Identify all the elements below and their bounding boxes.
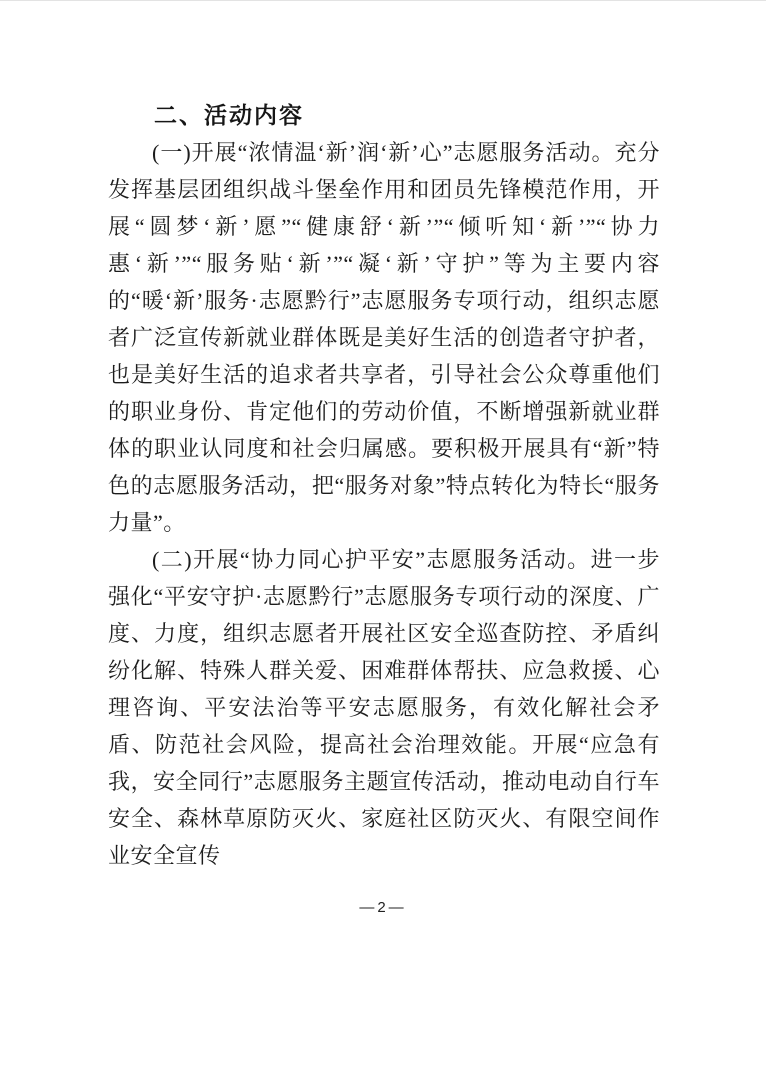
paragraph-activity-2: (二)开展“协力同心护平安”志愿服务活动。进一步强化“平安守护·志愿黔行”志愿服…: [108, 541, 660, 874]
document-page: 二、活动内容 (一)开展“浓情温‘新’润‘新’心”志愿服务活动。充分发挥基层团组…: [0, 0, 766, 1088]
section-heading: 二、活动内容: [108, 97, 660, 134]
paragraph-activity-1: (一)开展“浓情温‘新’润‘新’心”志愿服务活动。充分发挥基层团组织战斗堡垒作用…: [108, 134, 660, 541]
page-number: —2—: [0, 899, 766, 916]
text-block: 二、活动内容 (一)开展“浓情温‘新’润‘新’心”志愿服务活动。充分发挥基层团组…: [108, 97, 660, 874]
